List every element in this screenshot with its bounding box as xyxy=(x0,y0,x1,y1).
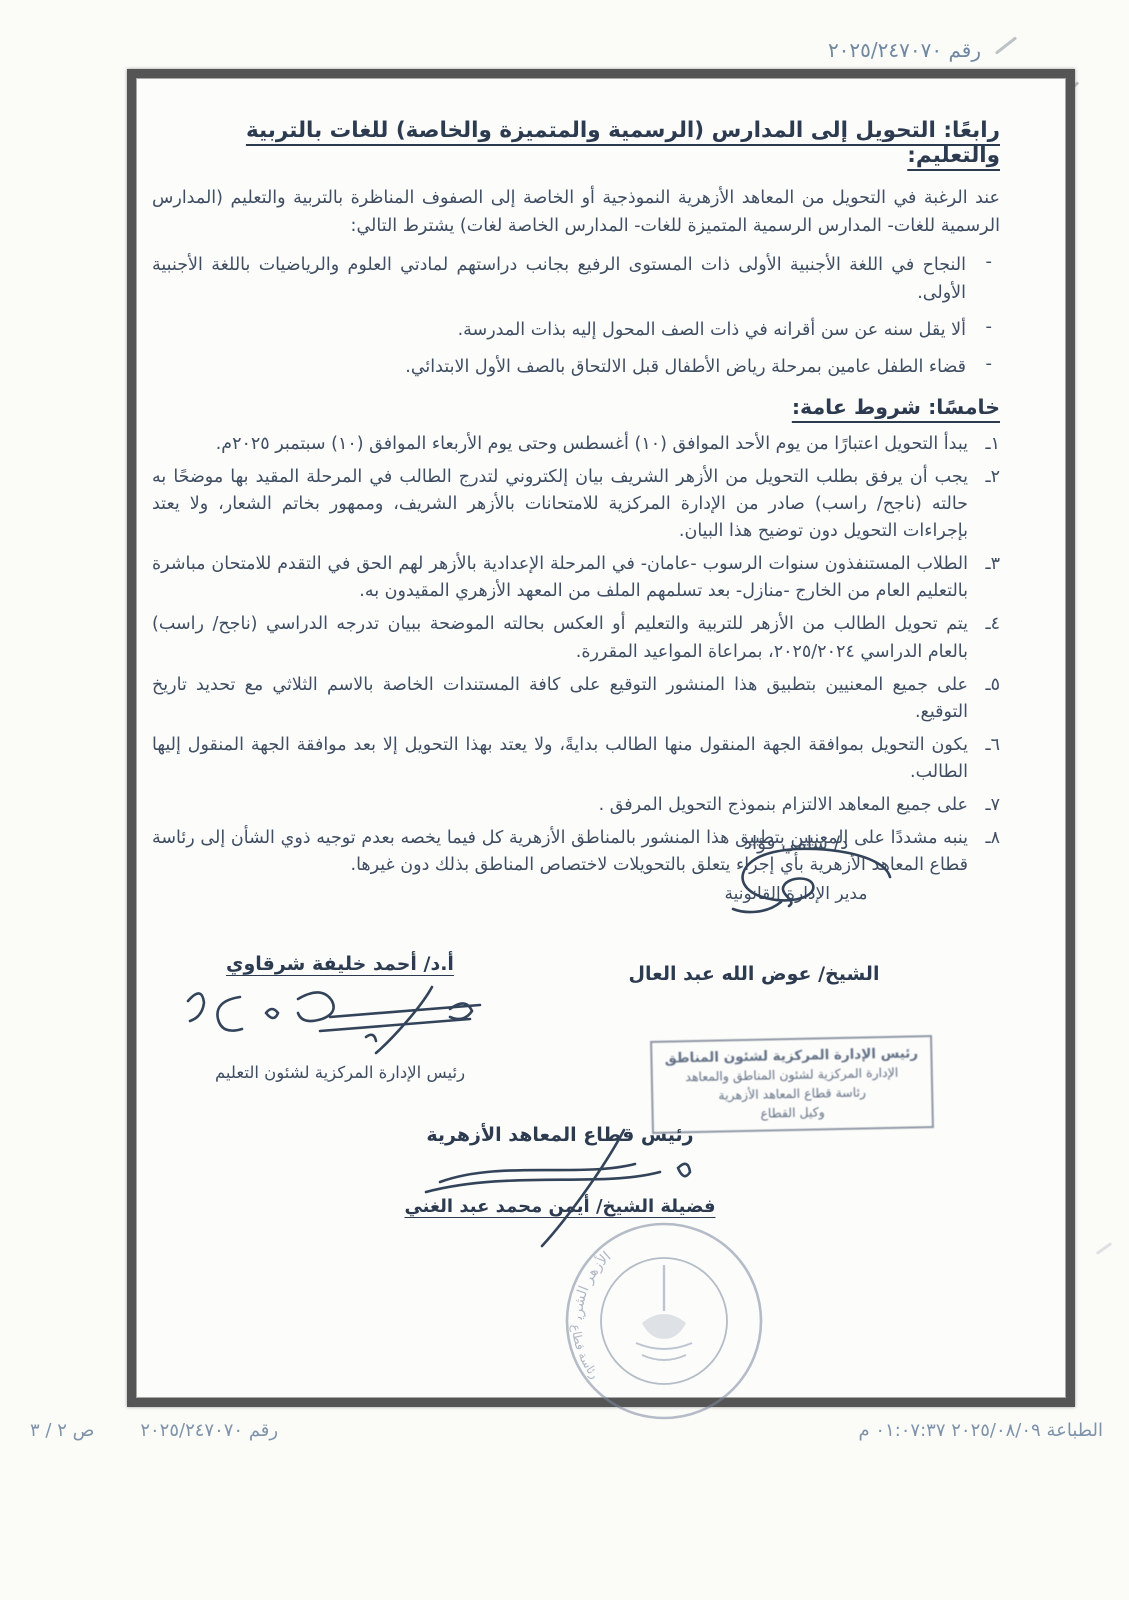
dash-bullet: - xyxy=(966,316,992,344)
item-text: يكون التحويل بموافقة الجهة المنقول منها … xyxy=(152,732,968,786)
item-text: يتم تحويل الطالب من الأزهر للتربية والتع… xyxy=(152,611,968,665)
item-number: ٧ـ xyxy=(968,792,1000,819)
section4-bullet-list: - النجاح في اللغة الأجنبية الأولى ذات ال… xyxy=(152,251,992,381)
footer-print-info: الطباعة ٢٠٢٥/٠٨/٠٩ ٠١:٠٧:٣٧ م xyxy=(858,1420,1103,1441)
signature-scribble-icon xyxy=(410,1148,710,1194)
list-item: - ألا يقل سنه عن سن أقرانه في ذات الصف ا… xyxy=(152,316,992,344)
scan-artifact xyxy=(995,36,1017,54)
round-official-stamp: الأزهر الشريف رئاسة قطاع المعاهد الأزهري… xyxy=(538,1203,790,1421)
item-text: يجب أن يرفق بطلب التحويل من الأزهر الشري… xyxy=(152,464,968,545)
signatory-name: الشيخ/ عوض الله عبد العال xyxy=(619,963,889,985)
item-number: ٣ـ xyxy=(968,551,1000,605)
item-number: ١ـ xyxy=(968,431,1000,458)
item-number: ٤ـ xyxy=(968,611,1000,665)
signature-scribble-icon xyxy=(170,979,510,1057)
rectangular-stamp: رئيس الإدارة المركزية لشئون المناطق الإد… xyxy=(650,1035,934,1133)
signatory-name: أ.د/ أحمد خليفة شرقاوي xyxy=(155,953,525,975)
scanned-document-page: رقم ٢٠٢٥/٢٤٧٠٧٠ رابعًا: التحويل إلى المد… xyxy=(0,0,1129,1600)
list-item: ٣ـ الطلاب المستنفذون سنوات الرسوب -عامان… xyxy=(152,551,1000,605)
item-number: ٢ـ xyxy=(968,464,1000,545)
item-text: على جميع المعاهد الالتزام بنموذج التحويل… xyxy=(152,792,968,819)
footer-left: رقم ٢٠٢٥/٢٤٧٠٧٠ ص ٢ / ٣ xyxy=(30,1420,278,1441)
item-text: على جميع المعنيين بتطبيق هذا المنشور الت… xyxy=(152,672,968,726)
item-number: ٦ـ xyxy=(968,732,1000,786)
footer-doc-number: رقم ٢٠٢٥/٢٤٧٠٧٠ xyxy=(140,1420,278,1441)
signatory-role: رئيس قطاع المعاهد الأزهرية xyxy=(395,1124,725,1146)
list-item: ١ـ يبدأ التحويل اعتبارًا من يوم الأحد ال… xyxy=(152,431,1000,458)
bullet-text: النجاح في اللغة الأجنبية الأولى ذات المس… xyxy=(152,251,966,307)
item-number: ٥ـ xyxy=(968,672,1000,726)
section5-numbered-list: ١ـ يبدأ التحويل اعتبارًا من يوم الأحد ال… xyxy=(152,431,1000,880)
list-item: ٤ـ يتم تحويل الطالب من الأزهر للتربية وا… xyxy=(152,611,1000,665)
scan-artifact xyxy=(1096,1242,1112,1255)
section5-title: خامسًا: شروط عامة: xyxy=(152,395,1000,419)
signature-block-legal-admin: د/ سامي فؤاد مدير الإدارة القانونية xyxy=(681,833,911,904)
signature-block-education-admin: أ.د/ أحمد خليفة شرقاوي رئيس الإدارة المر… xyxy=(155,953,525,1082)
bullet-text: قضاء الطفل عامين بمرحلة رياض الأطفال قبل… xyxy=(152,353,966,381)
document-number: رقم ٢٠٢٥/٢٤٧٠٧٠ xyxy=(828,38,981,62)
section4-intro-paragraph: عند الرغبة في التحويل من المعاهد الأزهري… xyxy=(152,184,1000,241)
list-item: ٧ـ على جميع المعاهد الالتزام بنموذج التح… xyxy=(152,792,1000,819)
bullet-text: ألا يقل سنه عن سن أقرانه في ذات الصف الم… xyxy=(152,316,966,344)
list-item: - قضاء الطفل عامين بمرحلة رياض الأطفال ق… xyxy=(152,353,992,381)
item-text: الطلاب المستنفذون سنوات الرسوب -عامان- ف… xyxy=(152,551,968,605)
list-item: ٦ـ يكون التحويل بموافقة الجهة المنقول من… xyxy=(152,732,1000,786)
item-number: ٨ـ xyxy=(968,825,1000,879)
signatory-role: مدير الإدارة القانونية xyxy=(681,884,911,904)
list-item: ٢ـ يجب أن يرفق بطلب التحويل من الأزهر ال… xyxy=(152,464,1000,545)
item-text: يبدأ التحويل اعتبارًا من يوم الأحد الموا… xyxy=(152,431,968,458)
signature-block-regions-head: الشيخ/ عوض الله عبد العال xyxy=(619,963,889,985)
document-body: رابعًا: التحويل إلى المدارس (الرسمية وال… xyxy=(136,78,1066,880)
signatory-role: رئيس الإدارة المركزية لشئون التعليم xyxy=(155,1063,525,1082)
footer-page-indicator: ص ٢ / ٣ xyxy=(30,1420,94,1441)
list-item: - النجاح في اللغة الأجنبية الأولى ذات ال… xyxy=(152,251,992,307)
list-item: ٥ـ على جميع المعنيين بتطبيق هذا المنشور … xyxy=(152,672,1000,726)
dash-bullet: - xyxy=(966,353,992,381)
dash-bullet: - xyxy=(966,251,992,307)
section4-title: رابعًا: التحويل إلى المدارس (الرسمية وال… xyxy=(152,118,1000,168)
signatory-name: د/ سامي فؤاد xyxy=(681,833,911,854)
